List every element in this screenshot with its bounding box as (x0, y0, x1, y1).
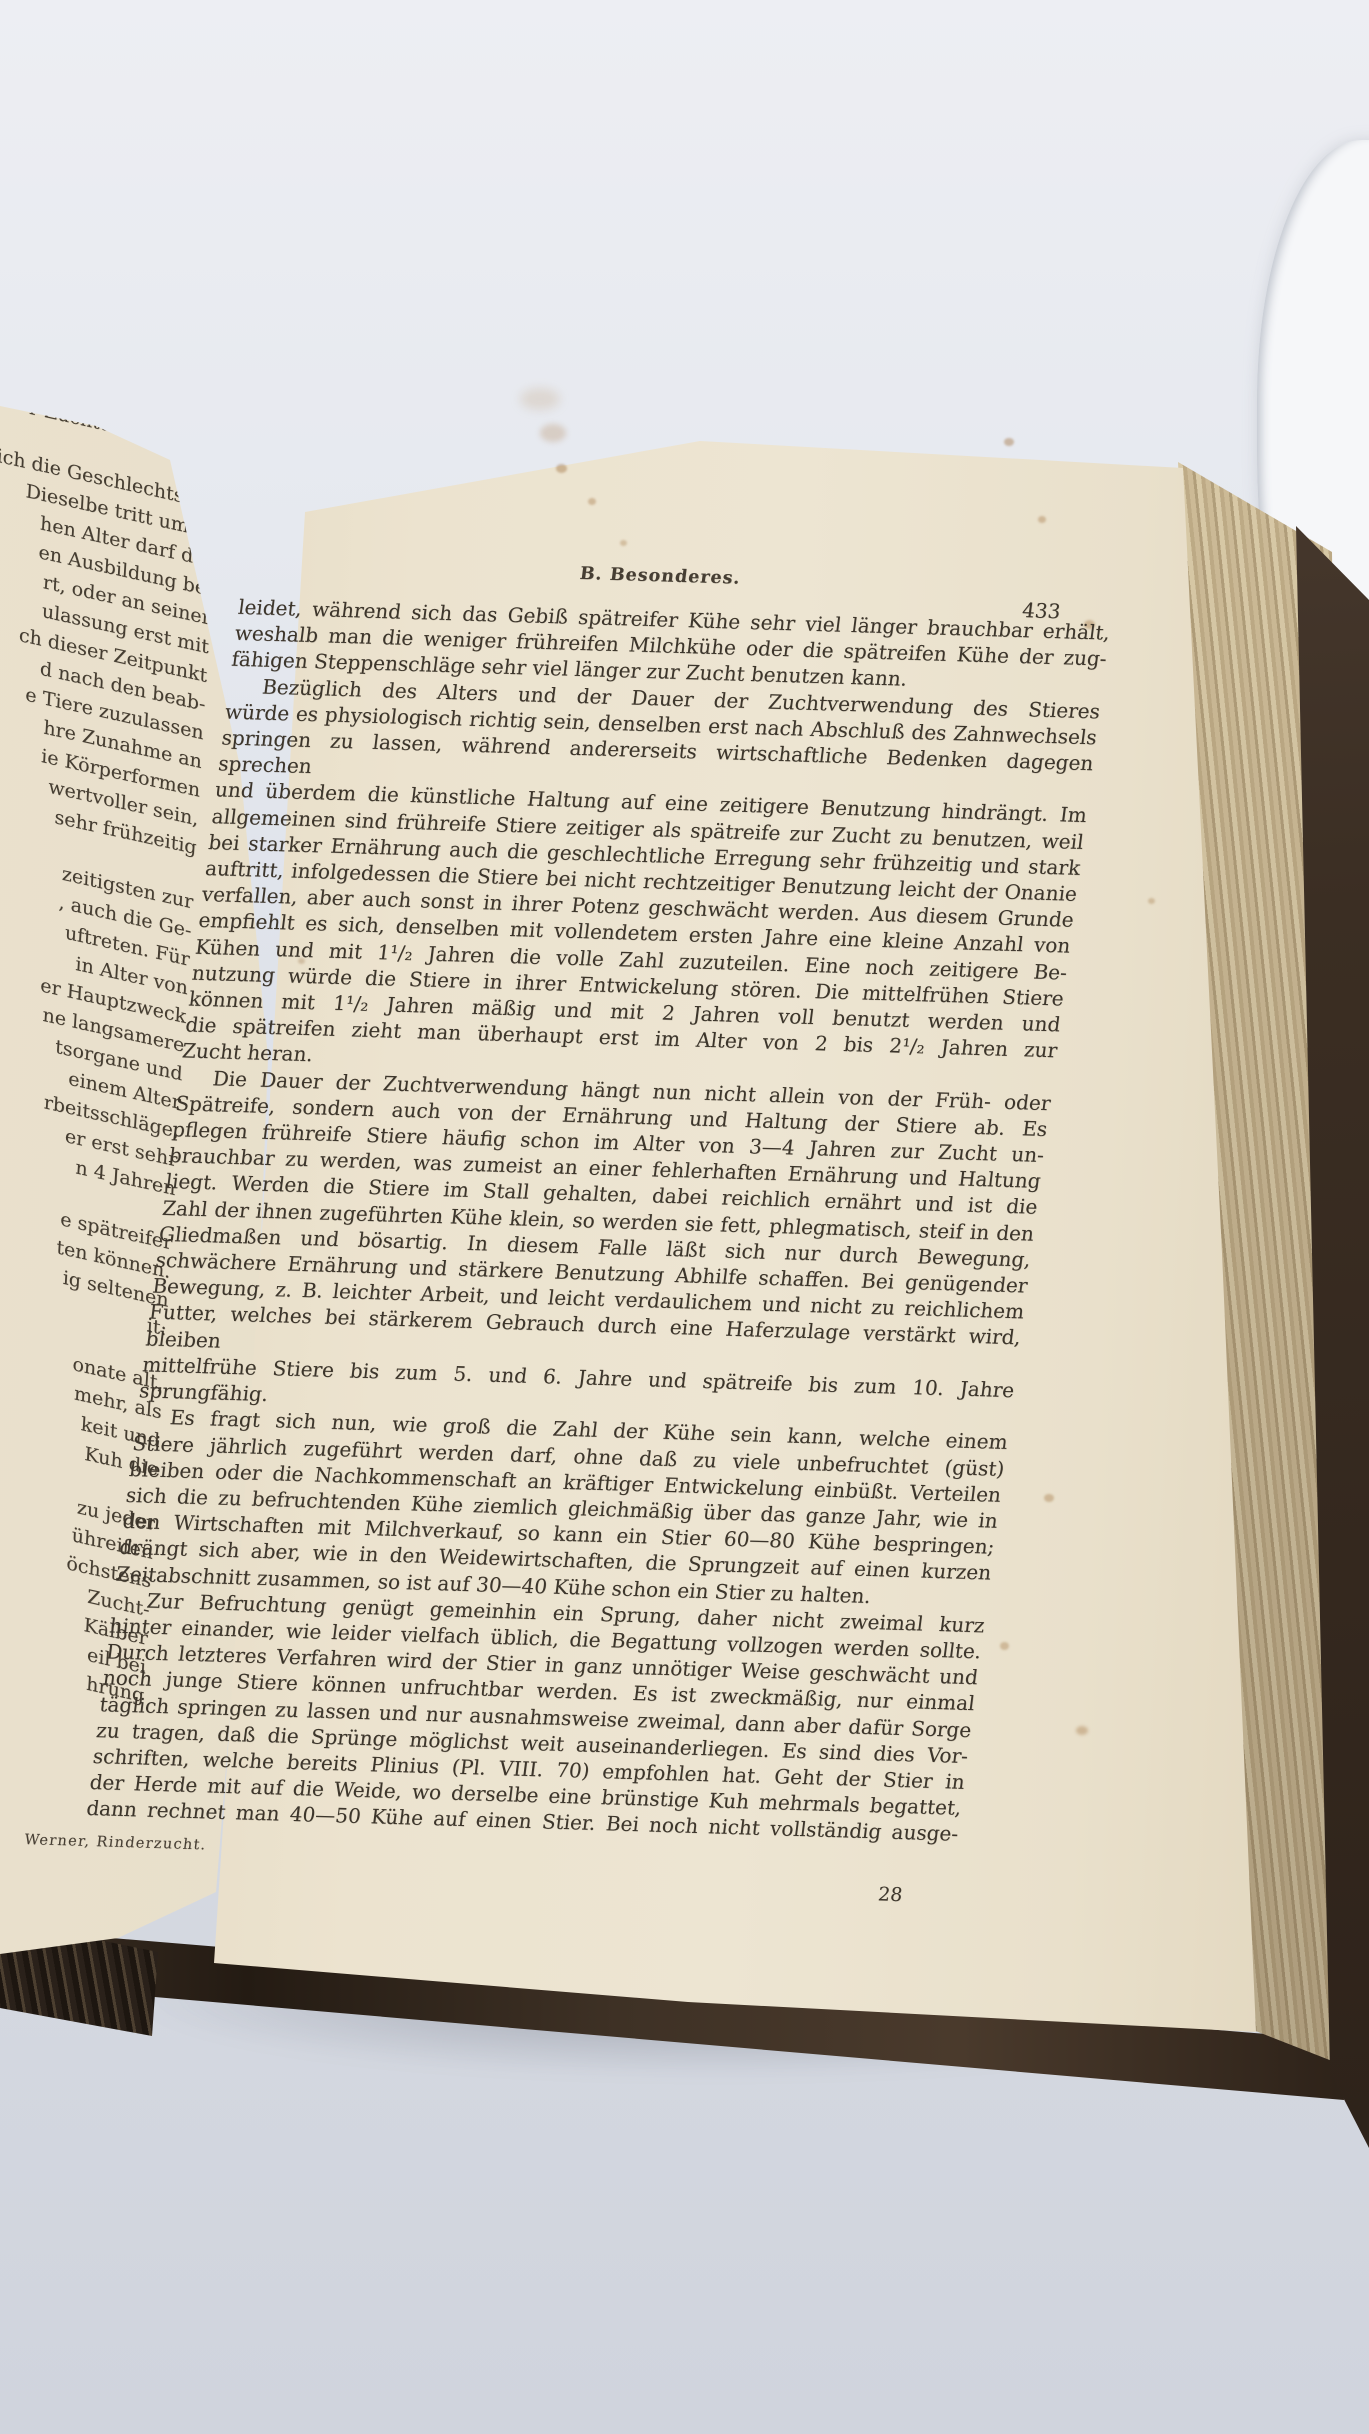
page-number: 433 (1021, 598, 1062, 623)
photo-background: r Zuchttiere.ich die Geschlechts-Dieselb… (0, 0, 1369, 2434)
page-footer: Werner, Rinderzucht. 28 (76, 1833, 955, 1919)
body-text: leidet, während sich das Gebiß spätreife… (85, 594, 1112, 1847)
foxing-spot (540, 424, 566, 442)
foxing-spot (756, 350, 764, 357)
right-page-text: B. Besonderes. 433 leidet, während sich … (76, 554, 1117, 1919)
sheet-number: 28 (877, 1883, 904, 1906)
foxing-spot (1004, 438, 1014, 446)
running-header: B. Besonderes. (579, 564, 742, 589)
foxing-spot (520, 388, 560, 410)
